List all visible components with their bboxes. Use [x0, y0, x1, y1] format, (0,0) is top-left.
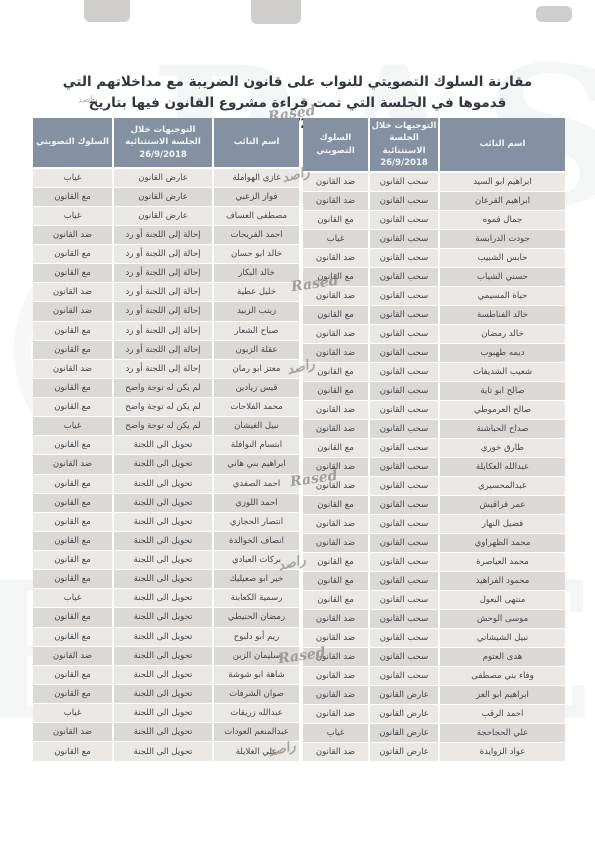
mp-name-cell: جمال قموه — [439, 210, 565, 229]
directive-cell: عارض القانون — [369, 704, 439, 723]
directive-cell: تحويل الى اللجنة — [113, 493, 213, 512]
mp-name-cell: ابراهيم القرعان — [439, 191, 565, 210]
mp-name-cell: محمد العياصرة — [439, 552, 565, 571]
mp-name-cell: نبيل الشيشاني — [439, 628, 565, 647]
behavior-cell: ضد القانون — [303, 457, 369, 476]
mp-name-cell: صالح العرموطي — [439, 400, 565, 419]
table-row: ابراهيم ابو السيدسحب القانونضد القانون — [303, 172, 565, 191]
table-row: ديمه طهبوبسحب القانونضد القانون — [303, 343, 565, 362]
mp-name-cell: قيس زيادين — [213, 378, 299, 397]
mp-name-cell: حابس الشبيب — [439, 248, 565, 267]
table-row: رسمية الكعابنةتحويل الى اللجنةغياب — [33, 589, 299, 608]
table-row: زينب الزبيدإحالة إلى اللجنة أو ردضد القا… — [33, 302, 299, 321]
directive-cell: سحب القانون — [369, 647, 439, 666]
directive-cell: سحب القانون — [369, 571, 439, 590]
behavior-cell: مع القانون — [303, 495, 369, 514]
directive-cell: سحب القانون — [369, 495, 439, 514]
behavior-cell: ضد القانون — [33, 283, 113, 302]
directive-cell: تحويل الى اللجنة — [113, 455, 213, 474]
directive-cell: تحويل الى اللجنة — [113, 684, 213, 703]
mp-name-cell: حياة المسيمي — [439, 286, 565, 305]
table-row: فضيل النهارسحب القانونضد القانون — [303, 514, 565, 533]
behavior-cell: مع القانون — [33, 340, 113, 359]
behavior-cell: مع القانون — [33, 627, 113, 646]
behavior-cell: مع القانون — [33, 684, 113, 703]
directive-cell: سحب القانون — [369, 191, 439, 210]
mp-name-cell: صوان الشرفات — [213, 684, 299, 703]
table-row: احمد الرقبعارض القانونضد القانون — [303, 704, 565, 723]
header-row: اسم النائب التوجيهات خلال الجلسة الاستثن… — [303, 118, 565, 172]
directive-cell: سحب القانون — [369, 210, 439, 229]
directive-cell: تحويل الى اللجنة — [113, 589, 213, 608]
mp-name-cell: عقلة الزبون — [213, 340, 299, 359]
mp-name-cell: ابراهيم ابو السيد — [439, 172, 565, 191]
watermark-fragment — [251, 0, 301, 24]
behavior-cell: غياب — [33, 704, 113, 723]
behavior-cell: مع القانون — [303, 210, 369, 229]
directive-cell: إحالة إلى اللجنة أو رد — [113, 225, 213, 244]
table-row: خالد البكارإحالة إلى اللجنة أو ردمع القا… — [33, 264, 299, 283]
behavior-cell: ضد القانون — [303, 286, 369, 305]
directive-cell: سحب القانون — [369, 628, 439, 647]
table-row: صالح ابو تايةسحب القانونمع القانون — [303, 381, 565, 400]
mp-name-cell: ابراهيم ابو العز — [439, 685, 565, 704]
table-right-half: اسم النائب التوجيهات خلال الجلسة الاستثن… — [303, 118, 565, 762]
behavior-cell: غياب — [303, 229, 369, 248]
behavior-cell: غياب — [303, 723, 369, 742]
table-row: خالد رمضانسحب القانونضد القانون — [303, 324, 565, 343]
behavior-cell: مع القانون — [303, 267, 369, 286]
behavior-cell: مع القانون — [303, 571, 369, 590]
mp-name-cell: خير ابو صعيليك — [213, 570, 299, 589]
directive-cell: سحب القانون — [369, 476, 439, 495]
mp-name-cell: صباح الشعار — [213, 321, 299, 340]
directive-cell: تحويل الى اللجنة — [113, 608, 213, 627]
table-row: شاهة ابو شوشةتحويل الى اللجنةمع القانون — [33, 665, 299, 684]
header-mp-name: اسم النائب — [439, 118, 565, 172]
behavior-cell: مع القانون — [33, 665, 113, 684]
table-row: صوان الشرفاتتحويل الى اللجنةمع القانون — [33, 684, 299, 703]
table-row: صداح الحباشنةسحب القانونضد القانون — [303, 419, 565, 438]
behavior-cell: مع القانون — [303, 305, 369, 324]
table-row: عبدالمنعم العوداتتحويل الى اللجنةضد القا… — [33, 723, 299, 742]
behavior-cell: مع القانون — [33, 474, 113, 493]
directive-cell: سحب القانون — [369, 305, 439, 324]
table-row: خالد الفناطسةسحب القانونمع القانون — [303, 305, 565, 324]
behavior-cell: ضد القانون — [33, 455, 113, 474]
table-row: عقلة الزبونإحالة إلى اللجنة أو ردمع القا… — [33, 340, 299, 359]
table-row: حياة المسيميسحب القانونضد القانون — [303, 286, 565, 305]
table-row: ابراهيم القرعانسحب القانونضد القانون — [303, 191, 565, 210]
mp-name-cell: رمضان الحنيطي — [213, 608, 299, 627]
behavior-cell: ضد القانون — [303, 704, 369, 723]
table-row: خير ابو صعيليكتحويل الى اللجنةمع القانون — [33, 570, 299, 589]
behavior-cell: ضد القانون — [33, 359, 113, 378]
table-row: رمضان الحنيطيتحويل الى اللجنةمع القانون — [33, 608, 299, 627]
behavior-cell: ضد القانون — [303, 476, 369, 495]
behavior-cell: غياب — [33, 206, 113, 225]
mp-name-cell: غازي الهواملة — [213, 168, 299, 187]
mp-name-cell: خليل عطية — [213, 283, 299, 302]
mp-name-cell: انتصار الحجازي — [213, 512, 299, 531]
watermark-fragment — [536, 6, 572, 22]
mp-name-cell: عواد الزوايدة — [439, 742, 565, 761]
behavior-cell: ضد القانون — [303, 666, 369, 685]
table-row: خالد ابو حسانإحالة إلى اللجنة أو ردمع ال… — [33, 245, 299, 264]
directive-cell: سحب القانون — [369, 666, 439, 685]
behavior-cell: ضد القانون — [303, 514, 369, 533]
table-row: احمد الفريحاتإحالة إلى اللجنة أو ردضد ال… — [33, 225, 299, 244]
table-row: محمد الفلاحاتلم يكن له توجة واضحمع القان… — [33, 398, 299, 417]
mp-name-cell: عمر قراقيش — [439, 495, 565, 514]
directive-cell: تحويل الى اللجنة — [113, 531, 213, 550]
mp-name-cell: سليمان الزبن — [213, 646, 299, 665]
table-row: شعيب الشديفاتسحب القانونمع القانون — [303, 362, 565, 381]
behavior-cell: مع القانون — [33, 551, 113, 570]
directive-cell: تحويل الى اللجنة — [113, 665, 213, 684]
header-directive-text: التوجيهات خلال الجلسة الاستثنائية — [125, 125, 200, 147]
behavior-cell: ضد القانون — [303, 419, 369, 438]
behavior-cell: مع القانون — [33, 398, 113, 417]
directive-cell: سحب القانون — [369, 229, 439, 248]
table-row: صباح الشعارإحالة إلى اللجنة أو ردمع القا… — [33, 321, 299, 340]
directive-cell: تحويل الى اللجنة — [113, 704, 213, 723]
mp-name-cell: خالد البكار — [213, 264, 299, 283]
directive-cell: سحب القانون — [369, 552, 439, 571]
mp-name-cell: شعيب الشديفات — [439, 362, 565, 381]
mp-name-cell: عبدالله العكايلة — [439, 457, 565, 476]
table-row: جمال قموهسحب القانونمع القانون — [303, 210, 565, 229]
mp-name-cell: محمود الفراهيد — [439, 571, 565, 590]
table-row: علي الحجاحجةعارض القانونغياب — [303, 723, 565, 742]
mp-name-cell: فضيل النهار — [439, 514, 565, 533]
table-row: محمود الفراهيدسحب القانونمع القانون — [303, 571, 565, 590]
behavior-cell: مع القانون — [33, 531, 113, 550]
mp-name-cell: خالد ابو حسان — [213, 245, 299, 264]
header-directive-text: التوجيهات خلال الجلسة الاستثنائية — [372, 121, 437, 156]
directive-cell: عارض القانون — [113, 168, 213, 187]
table-row: طارق خوريسحب القانونمع القانون — [303, 438, 565, 457]
table-row: ريم أبو دلبوحتحويل الى اللجنةمع القانون — [33, 627, 299, 646]
table-body-right: ابراهيم ابو السيدسحب القانونضد القانوناب… — [303, 172, 565, 761]
directive-cell: تحويل الى اللجنة — [113, 474, 213, 493]
mp-name-cell: احمد الفريحات — [213, 225, 299, 244]
mp-name-cell: علي الحجاحجة — [439, 723, 565, 742]
header-row: اسم النائب التوجيهات خلال الجلسة الاستثن… — [33, 118, 299, 168]
mp-name-cell: محمد الفلاحات — [213, 398, 299, 417]
behavior-cell: مع القانون — [33, 378, 113, 397]
mp-name-cell: انصاف الخوالدة — [213, 531, 299, 550]
behavior-cell: مع القانون — [33, 187, 113, 206]
directive-cell: سحب القانون — [369, 609, 439, 628]
table-row: محمد الظهراويسحب القانونضد القانون — [303, 533, 565, 552]
directive-cell: سحب القانون — [369, 533, 439, 552]
table-row: عمر قراقيشسحب القانونمع القانون — [303, 495, 565, 514]
directive-cell: سحب القانون — [369, 286, 439, 305]
directive-cell: إحالة إلى اللجنة أو رد — [113, 264, 213, 283]
directive-cell: إحالة إلى اللجنة أو رد — [113, 359, 213, 378]
table-row: عبدالمحسيريسحب القانونضد القانون — [303, 476, 565, 495]
directive-cell: سحب القانون — [369, 400, 439, 419]
mp-name-cell: ريم أبو دلبوح — [213, 627, 299, 646]
header-session-date: 26/9/2018 — [115, 149, 211, 161]
mp-name-cell: بركات العبادي — [213, 551, 299, 570]
table-row: جودت الدرابسةسحب القانونغياب — [303, 229, 565, 248]
directive-cell: سحب القانون — [369, 514, 439, 533]
mp-name-cell: منتهى البعول — [439, 590, 565, 609]
mp-name-cell: نبيل الغيشان — [213, 417, 299, 436]
behavior-cell: مع القانون — [33, 264, 113, 283]
table-row: انتصار الحجازيتحويل الى اللجنةمع القانون — [33, 512, 299, 531]
directive-cell: سحب القانون — [369, 590, 439, 609]
watermark-fragment — [84, 0, 130, 22]
mp-name-cell: ديمه طهبوب — [439, 343, 565, 362]
table-row: محمد العياصرةسحب القانونمع القانون — [303, 552, 565, 571]
table-row: منتهى البعولسحب القانونمع القانون — [303, 590, 565, 609]
mp-name-cell: ابتسام النوافلة — [213, 436, 299, 455]
directive-cell: سحب القانون — [369, 457, 439, 476]
behavior-cell: ضد القانون — [303, 647, 369, 666]
directive-cell: تحويل الى اللجنة — [113, 436, 213, 455]
header-directive: التوجيهات خلال الجلسة الاستثنائية 26/9/2… — [369, 118, 439, 172]
mp-name-cell: رسمية الكعابنة — [213, 589, 299, 608]
mp-name-cell: موسى الوحش — [439, 609, 565, 628]
behavior-cell: ضد القانون — [303, 628, 369, 647]
behavior-cell: مع القانون — [33, 742, 113, 762]
header-voting-behavior: السلوك التصويتي — [33, 118, 113, 168]
behavior-cell: مع القانون — [303, 590, 369, 609]
directive-cell: تحويل الى اللجنة — [113, 742, 213, 762]
table-row: عواد الزوايدةعارض القانونضد القانون — [303, 742, 565, 761]
mp-name-cell: عبدالله زريقات — [213, 704, 299, 723]
behavior-cell: ضد القانون — [33, 225, 113, 244]
table-row: حسني الشيابسحب القانونمع القانون — [303, 267, 565, 286]
directive-cell: سحب القانون — [369, 381, 439, 400]
behavior-cell: مع القانون — [303, 438, 369, 457]
mp-name-cell: مصطفى العساف — [213, 206, 299, 225]
directive-cell: إحالة إلى اللجنة أو رد — [113, 321, 213, 340]
behavior-cell: ضد القانون — [303, 400, 369, 419]
directive-cell: تحويل الى اللجنة — [113, 551, 213, 570]
directive-cell: إحالة إلى اللجنة أو رد — [113, 283, 213, 302]
directive-cell: لم يكن له توجة واضح — [113, 417, 213, 436]
mp-name-cell: عبدالمنعم العودات — [213, 723, 299, 742]
mp-name-cell: احمد اللوزي — [213, 493, 299, 512]
behavior-cell: مع القانون — [303, 552, 369, 571]
behavior-cell: ضد القانون — [303, 324, 369, 343]
behavior-cell: غياب — [33, 168, 113, 187]
mp-name-cell: شاهة ابو شوشة — [213, 665, 299, 684]
header-mp-name: اسم النائب — [213, 118, 299, 168]
mp-name-cell: علي الغلايلة — [213, 742, 299, 762]
table-row: احمد اللوزيتحويل الى اللجنةمع القانون — [33, 493, 299, 512]
table-row: ابراهيم بني هانيتحويل الى اللجنةضد القان… — [33, 455, 299, 474]
table-row: وفاء بني مصطفىسحب القانونضد القانون — [303, 666, 565, 685]
behavior-cell: مع القانون — [33, 493, 113, 512]
table-row: فواز الزعبيعارض القانونمع القانون — [33, 187, 299, 206]
behavior-cell: مع القانون — [33, 245, 113, 264]
table-row: معتز ابو رمانإحالة إلى اللجنة أو ردضد ال… — [33, 359, 299, 378]
behavior-cell: ضد القانون — [303, 248, 369, 267]
behavior-cell: مع القانون — [33, 321, 113, 340]
mp-name-cell: خالد الفناطسة — [439, 305, 565, 324]
behavior-cell: مع القانون — [33, 512, 113, 531]
mp-name-cell: صداح الحباشنة — [439, 419, 565, 438]
directive-cell: عارض القانون — [369, 723, 439, 742]
table-row: احمد الصفديتحويل الى اللجنةمع القانون — [33, 474, 299, 493]
table-row: علي الغلايلةتحويل الى اللجنةمع القانون — [33, 742, 299, 762]
directive-cell: تحويل الى اللجنة — [113, 627, 213, 646]
mp-name-cell: هدى العتوم — [439, 647, 565, 666]
behavior-cell: مع القانون — [303, 362, 369, 381]
table-row: حابس الشبيبسحب القانونضد القانون — [303, 248, 565, 267]
table-row: غازي الهواملةعارض القانونغياب — [33, 168, 299, 187]
comparison-tables: اسم النائب التوجيهات خلال الجلسة الاستثن… — [33, 118, 565, 762]
table-row: نبيل الغيشانلم يكن له توجة واضحغياب — [33, 417, 299, 436]
directive-cell: لم يكن له توجة واضح — [113, 378, 213, 397]
behavior-cell: مع القانون — [33, 436, 113, 455]
header-session-date: 26/9/2018 — [371, 157, 437, 169]
directive-cell: تحويل الى اللجنة — [113, 570, 213, 589]
directive-cell: عارض القانون — [369, 742, 439, 761]
mp-name-cell: معتز ابو رمان — [213, 359, 299, 378]
header-voting-behavior: السلوك التصويتي — [303, 118, 369, 172]
mp-name-cell: طارق خوري — [439, 438, 565, 457]
directive-cell: سحب القانون — [369, 248, 439, 267]
header-directive: التوجيهات خلال الجلسة الاستثنائية 26/9/2… — [113, 118, 213, 168]
mp-name-cell: فواز الزعبي — [213, 187, 299, 206]
mp-name-cell: حسني الشياب — [439, 267, 565, 286]
directive-cell: إحالة إلى اللجنة أو رد — [113, 245, 213, 264]
directive-cell: سحب القانون — [369, 172, 439, 191]
mp-name-cell: احمد الرقب — [439, 704, 565, 723]
behavior-cell: ضد القانون — [303, 685, 369, 704]
table-row: قيس زيادينلم يكن له توجة واضحمع القانون — [33, 378, 299, 397]
behavior-cell: مع القانون — [33, 570, 113, 589]
behavior-cell: غياب — [33, 417, 113, 436]
directive-cell: عارض القانون — [113, 206, 213, 225]
mp-name-cell: جودت الدرابسة — [439, 229, 565, 248]
mp-name-cell: زينب الزبيد — [213, 302, 299, 321]
table-row: سليمان الزبنتحويل الى اللجنةضد القانون — [33, 646, 299, 665]
directive-cell: تحويل الى اللجنة — [113, 723, 213, 742]
table-row: انصاف الخوالدةتحويل الى اللجنةمع القانون — [33, 531, 299, 550]
directive-cell: سحب القانون — [369, 419, 439, 438]
directive-cell: لم يكن له توجة واضح — [113, 398, 213, 417]
mp-name-cell: ابراهيم بني هاني — [213, 455, 299, 474]
table-row: نبيل الشيشانيسحب القانونضد القانون — [303, 628, 565, 647]
mp-name-cell: عبدالمحسيري — [439, 476, 565, 495]
mp-name-cell: صالح ابو تاية — [439, 381, 565, 400]
directive-cell: إحالة إلى اللجنة أو رد — [113, 302, 213, 321]
behavior-cell: ضد القانون — [33, 723, 113, 742]
behavior-cell: ضد القانون — [303, 343, 369, 362]
directive-cell: سحب القانون — [369, 343, 439, 362]
mp-name-cell: خالد رمضان — [439, 324, 565, 343]
directive-cell: تحويل الى اللجنة — [113, 512, 213, 531]
table-row: ابتسام النوافلةتحويل الى اللجنةمع القانو… — [33, 436, 299, 455]
table-row: خليل عطيةإحالة إلى اللجنة أو ردضد القانو… — [33, 283, 299, 302]
behavior-cell: ضد القانون — [303, 609, 369, 628]
behavior-cell: ضد القانون — [303, 191, 369, 210]
mp-name-cell: وفاء بني مصطفى — [439, 666, 565, 685]
directive-cell: سحب القانون — [369, 324, 439, 343]
table-row: بركات العباديتحويل الى اللجنةمع القانون — [33, 551, 299, 570]
table-left-half: اسم النائب التوجيهات خلال الجلسة الاستثن… — [33, 118, 299, 762]
table-row: ابراهيم ابو العزعارض القانونضد القانون — [303, 685, 565, 704]
behavior-cell: ضد القانون — [303, 533, 369, 552]
behavior-cell: ضد القانون — [33, 302, 113, 321]
table-row: عبدالله زريقاتتحويل الى اللجنةغياب — [33, 704, 299, 723]
mp-name-cell: احمد الصفدي — [213, 474, 299, 493]
directive-cell: سحب القانون — [369, 267, 439, 286]
table-row: هدى العتومسحب القانونضد القانون — [303, 647, 565, 666]
mp-name-cell: محمد الظهراوي — [439, 533, 565, 552]
table-row: مصطفى العسافعارض القانونغياب — [33, 206, 299, 225]
table-row: عبدالله العكايلةسحب القانونضد القانون — [303, 457, 565, 476]
behavior-cell: مع القانون — [33, 608, 113, 627]
table-body-left: غازي الهواملةعارض القانونغيابفواز الزعبي… — [33, 168, 299, 761]
behavior-cell: مع القانون — [303, 381, 369, 400]
directive-cell: إحالة إلى اللجنة أو رد — [113, 340, 213, 359]
table-row: صالح العرموطيسحب القانونضد القانون — [303, 400, 565, 419]
directive-cell: سحب القانون — [369, 438, 439, 457]
behavior-cell: غياب — [33, 589, 113, 608]
behavior-cell: ضد القانون — [303, 742, 369, 761]
behavior-cell: ضد القانون — [303, 172, 369, 191]
behavior-cell: ضد القانون — [33, 646, 113, 665]
directive-cell: عارض القانون — [369, 685, 439, 704]
document-page: RASED RASED راصد Rased Rased Rased Rased… — [0, 0, 595, 842]
directive-cell: سحب القانون — [369, 362, 439, 381]
table-row: موسى الوحشسحب القانونضد القانون — [303, 609, 565, 628]
directive-cell: عارض القانون — [113, 187, 213, 206]
directive-cell: تحويل الى اللجنة — [113, 646, 213, 665]
